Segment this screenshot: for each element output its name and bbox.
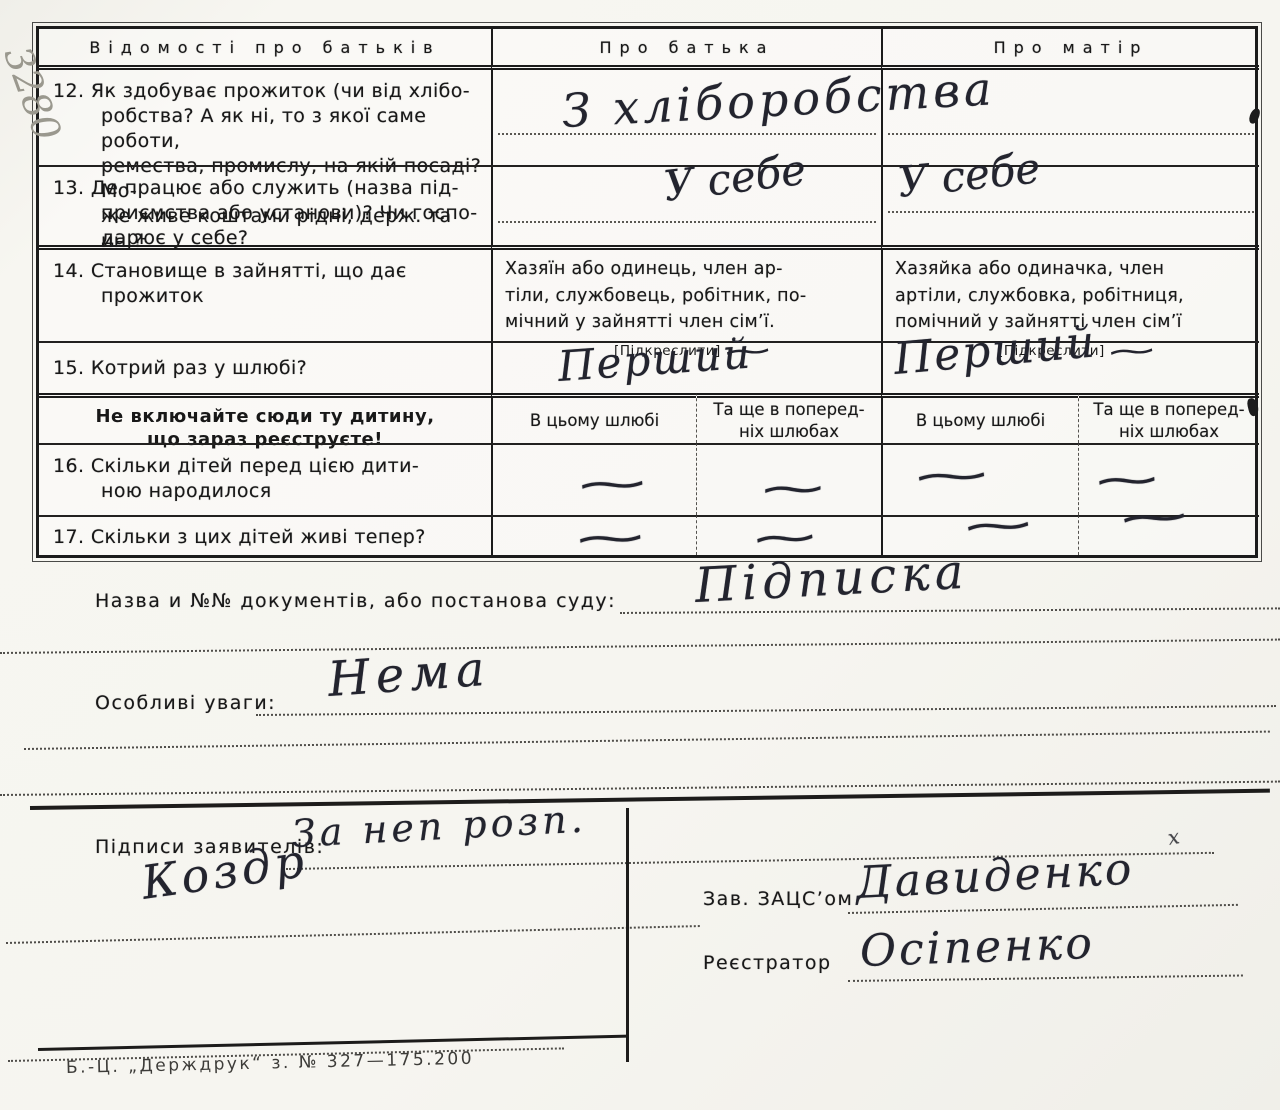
printing-house-imprint: Б.-Ц. „Держдрук“ з. № 327—175.200 xyxy=(66,1049,474,1078)
question-17: 17. Скільки з цих дітей живі тепер? xyxy=(39,515,491,555)
documents-label: Назва и №№ документів, або постанова суд… xyxy=(95,590,616,612)
remarks-fill-line xyxy=(256,705,1276,716)
question-14: 14. Становище в зайнятті, що дає прожито… xyxy=(39,245,491,341)
dash-mark-16-father-previous: ∼ xyxy=(756,466,830,512)
exclude-child-note: Не включайте сюди ту дитину, що зараз ре… xyxy=(39,393,491,443)
zags-head-label: Зав. ЗАЦС’ом xyxy=(703,888,853,910)
header-about-mother: Про матір xyxy=(881,29,1259,65)
dash-mark-16-father-current: ∼ xyxy=(570,461,654,508)
scanned-form-page: 3280 Відомості про батьків Про батька Пр… xyxy=(0,0,1280,1110)
question-16: 16. Скільки дітей перед цією дити- ною н… xyxy=(39,443,491,515)
dash-mark-17-father-current: ∼ xyxy=(568,515,652,562)
handwriting-zags-head-signature: Давиденко xyxy=(855,843,1136,909)
applicants-fill-line-2 xyxy=(6,925,700,944)
blank-rule-1 xyxy=(24,731,1270,750)
fill-in-line xyxy=(498,133,876,135)
handwriting-remarks: Нема xyxy=(326,641,492,708)
subheader-mother-current-marriage: В цьому шлюбі xyxy=(881,393,1078,443)
subheader-father-current-marriage: В цьому шлюбі xyxy=(491,393,696,443)
dash-mark-16-mother-current: ∼ xyxy=(905,452,998,500)
rule-under-documents xyxy=(0,639,1280,654)
fill-in-line xyxy=(888,133,1254,135)
signature-column-divider xyxy=(626,808,629,1062)
subheader-mother-previous-marriages: Та ще в поперед- ніх шлюбах xyxy=(1078,393,1259,443)
header-father-label: Про батька xyxy=(600,38,775,57)
occupation-options-father-text: Хазяїн або одинець, член ар- тіли, служб… xyxy=(493,250,881,336)
stray-x-mark: х xyxy=(1166,824,1181,850)
registrar-label: Реєстратор xyxy=(703,952,832,974)
question-13: 13. Де працює або служить (назва під- пр… xyxy=(39,165,491,245)
registrar-fill-line xyxy=(848,974,1243,982)
header-info-about-parents: Відомості про батьків xyxy=(39,29,491,65)
question-12: 12. Як здобуває прожиток (чи від хлібо- … xyxy=(39,65,491,165)
header-info-label: Відомості про батьків xyxy=(89,38,440,57)
fill-in-line xyxy=(888,211,1254,213)
remarks-label: Особливі уваги: xyxy=(95,692,276,714)
header-about-father: Про батька xyxy=(491,29,881,65)
dash-mark-17-mother-previous: ∼ xyxy=(1109,493,1199,542)
question-15: 15. Котрий раз у шлюбі? xyxy=(39,341,491,393)
occupation-options-father: Хазяїн або одинець, член ар- тіли, служб… xyxy=(491,245,881,341)
dash-mark-17-mother-current: ∼ xyxy=(954,502,1042,550)
subheader-father-previous-marriages: Та ще в поперед- ніх шлюбах xyxy=(696,393,881,443)
handwriting-registrar-signature: Осіпенко xyxy=(859,918,1096,977)
header-mother-label: Про матір xyxy=(994,38,1149,57)
fill-in-line xyxy=(498,221,876,223)
